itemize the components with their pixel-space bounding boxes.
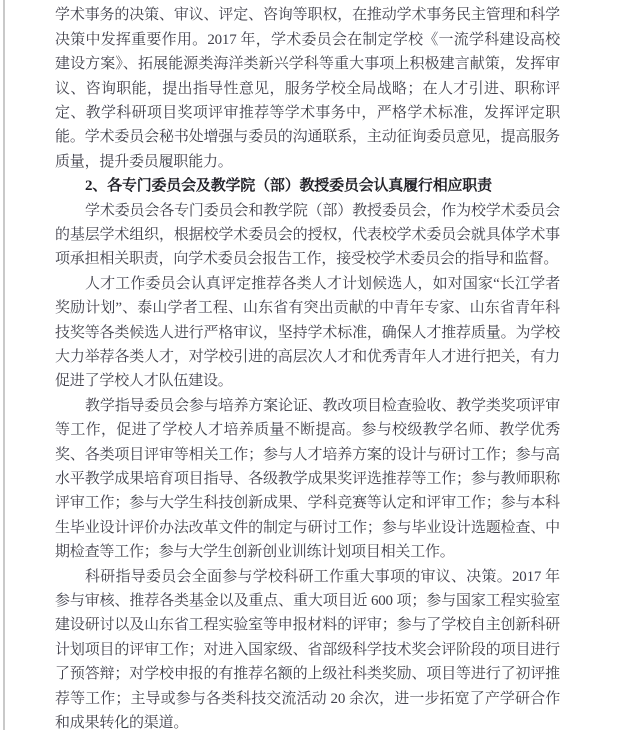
paragraph: 学术委员会各专门委员会和教学院（部）教授委员会，作为校学术委员会的基层学术组织，… [55, 199, 560, 272]
paragraph: 学术事务的决策、审议、评定、咨询等职权，在推动学术事务民主管理和科学决策中发挥重… [55, 3, 560, 174]
paragraph: 科研指导委员会全面参与学校科研工作重大事项的审议、决策。2017 年参与审核、推… [55, 565, 560, 730]
page-left-border [3, 0, 5, 730]
paragraph: 教学指导委员会参与培养方案论证、教改项目检查验收、教学类奖项评审等工作，促进了学… [55, 394, 560, 565]
section-heading: 2、各专门委员会及教学院（部）教授委员会认真履行相应职责 [55, 174, 560, 198]
document-content: 学术事务的决策、审议、评定、咨询等职权，在推动学术事务民主管理和科学决策中发挥重… [55, 0, 560, 730]
paragraph: 人才工作委员会认真评定推荐各类人才计划候选人，如对国家“长江学者奖励计划”、泰山… [55, 272, 560, 394]
document-page: 学术事务的决策、审议、评定、咨询等职权，在推动学术事务民主管理和科学决策中发挥重… [0, 0, 620, 730]
